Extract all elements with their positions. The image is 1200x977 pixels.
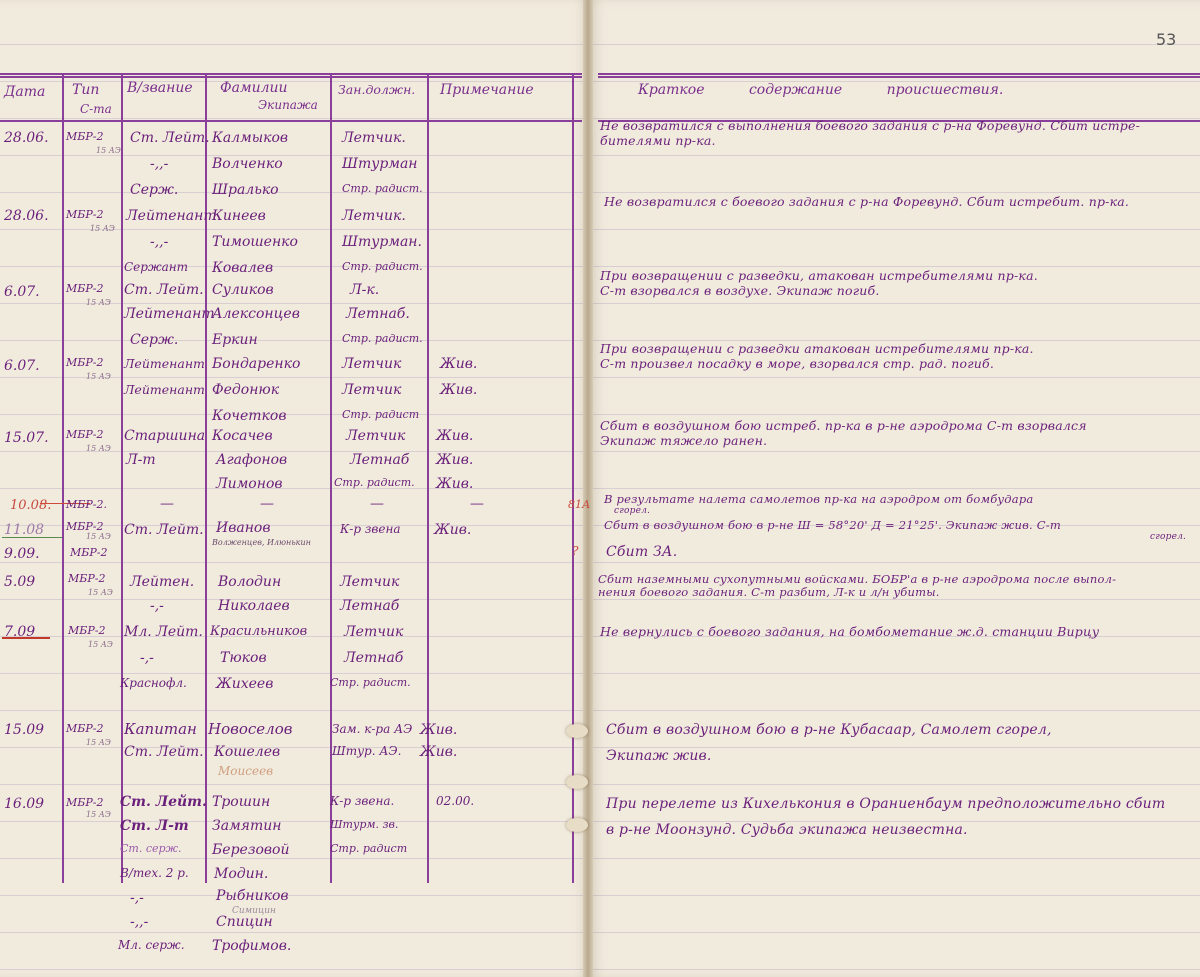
crew-surname: Шралько — [212, 182, 279, 198]
entry-summary-line: Не возвратился с боевого задания с р-на … — [604, 194, 1129, 209]
crew-note: Жив. — [436, 476, 473, 492]
entry-summary-line: В результате налета самолетов пр-ка на а… — [604, 492, 1033, 506]
entry-date: 28.06. — [4, 130, 49, 146]
entry-summary-line: сгорел. — [614, 506, 650, 516]
crew-position: Зам. к-ра АЭ — [332, 722, 412, 736]
entry-type: МБР-2 — [66, 796, 103, 809]
header-top-rule-right — [598, 73, 1200, 78]
paper-tear — [566, 724, 588, 738]
entry-unit: 15 АЭ — [86, 532, 111, 541]
entry-summary-line: Экипаж жив. — [606, 748, 712, 764]
crew-position: Штурман. — [342, 234, 422, 250]
entry-date: 11.08 — [4, 522, 44, 538]
crew-rank: -,- — [130, 890, 144, 906]
crew-rank: Краснофл. — [120, 676, 187, 690]
crew-surname: Николаев — [218, 598, 290, 614]
crew-surname: Лимонов — [216, 476, 283, 492]
crew-position: Летнаб — [340, 598, 399, 614]
entry-summary-line: Сбит в воздушном бою в р-не Ш = 58°20' Д… — [604, 518, 1061, 532]
header-rank: В/звание — [127, 80, 193, 96]
header-type-sub: С-та — [80, 102, 112, 116]
crew-rank: Ст. Лейт. — [120, 794, 207, 810]
crew-position: Летнаб — [350, 452, 409, 468]
entry-summary-line: При возвращении с разведки атакован истр… — [600, 341, 1034, 356]
entry-date: 15.09 — [4, 722, 44, 738]
crew-position: Летнаб. — [346, 306, 410, 322]
entry-type: МБР-2 — [66, 282, 103, 295]
header-position: Зан.должн. — [338, 82, 415, 97]
col-rule — [427, 73, 429, 883]
entry-type: МБР-2. — [66, 498, 107, 511]
crew-surname-note: Волженцев, Илюнькин — [212, 538, 311, 547]
header-surname-sub: Экипажа — [258, 98, 318, 112]
crew-note: Жив. — [440, 356, 477, 372]
entry-unit: 15 АЭ — [90, 224, 115, 233]
crew-rank: Мл. Лейт. — [124, 624, 203, 640]
book-gutter — [583, 0, 593, 977]
entry-type: МБР-2 — [66, 130, 103, 143]
margin-note: 81А — [568, 498, 590, 511]
entry-type: МБР-2 — [70, 546, 107, 559]
crew-position: Штур. АЭ. — [332, 744, 401, 758]
crew-surname: Суликов — [212, 282, 274, 298]
crew-position: Штурм. зв. — [330, 818, 398, 831]
paper-tear — [566, 775, 588, 789]
red-underline — [2, 637, 50, 639]
crew-surname: Володин — [218, 574, 281, 590]
entry-summary-line: Не вернулись с боевого задания, на бомбо… — [600, 624, 1099, 639]
crew-surname: Кочетков — [212, 408, 286, 424]
crew-rank: -,- — [150, 598, 164, 614]
entry-unit: 15 АЭ — [86, 810, 111, 819]
crew-surname: Спицин — [216, 914, 273, 930]
crew-surname: Волченко — [212, 156, 283, 172]
crew-surname: Замятин — [212, 818, 281, 834]
entry-date: 10.08. — [10, 498, 51, 513]
col-rule — [205, 73, 207, 883]
entry-summary-line: При возвращении с разведки, атакован ист… — [600, 268, 1038, 283]
entry-date: 6.07. — [4, 358, 40, 374]
crew-rank: -,,- — [150, 234, 168, 250]
entry-summary-line: Экипаж тяжело ранен. — [600, 433, 767, 448]
crew-position: Летчик — [342, 356, 401, 372]
crew-position: Стр. радист — [330, 842, 407, 855]
crew-note: 02.00. — [436, 794, 474, 808]
entry-summary-line: в р-не Моонзунд. Судьба экипажа неизвест… — [606, 822, 968, 838]
entry-unit: 15 АЭ — [88, 588, 113, 597]
col-rule — [121, 73, 123, 883]
crew-surname: Тимошенко — [212, 234, 298, 250]
crew-surname: Тюков — [220, 650, 267, 666]
entry-summary-line: При перелете из Кихелькония в Ораниенбау… — [606, 796, 1165, 812]
crew-position: Стр. радист. — [342, 182, 423, 195]
crew-position: Летчик. — [342, 208, 406, 224]
crew-rank: Ст. Лейт. — [124, 282, 204, 298]
entry-summary-line: Сбит ЗА. — [606, 544, 677, 560]
crew-rank: Л-т — [126, 452, 156, 468]
entry-date: 6.07. — [4, 284, 40, 300]
entry-summary-line: Не возвратился с выполнения боевого зада… — [600, 118, 1140, 133]
crew-surname: Калмыков — [212, 130, 288, 146]
crew-rank: Ст. Лейт. — [124, 744, 204, 760]
crew-rank: Лейтенант — [124, 306, 215, 322]
paper-tear — [566, 818, 588, 832]
crew-position: Стр. радист. — [334, 476, 415, 489]
margin-note: ? — [572, 544, 578, 558]
crew-position: Летчик — [342, 382, 401, 398]
crew-rank: — — [160, 496, 174, 512]
entry-summary-line: С-т взорвался в воздухе. Экипаж погиб. — [600, 283, 880, 298]
crew-surname: Жихеев — [216, 676, 273, 692]
crew-position: К-р звена. — [330, 794, 394, 808]
entry-summary-line: нения боевого задания. С-т разбит, Л-к и… — [598, 585, 940, 599]
header-bottom-rule — [0, 120, 582, 122]
header-top-rule — [0, 73, 582, 78]
crew-note: Жив. — [420, 722, 457, 738]
entry-summary-line: С-т произвел посадку в море, взорвался с… — [600, 356, 994, 371]
crew-surname: Трофимов. — [212, 938, 291, 954]
crew-rank: -,,- — [150, 156, 168, 172]
col-rule — [572, 73, 574, 883]
crew-position: Стр. радист. — [342, 260, 423, 273]
crew-note: Жив. — [436, 452, 473, 468]
crew-surname: Красильников — [210, 624, 307, 639]
entry-unit: 15 АЭ — [88, 640, 113, 649]
crew-surname: Агафонов — [216, 452, 287, 468]
crew-rank: Ст. Л-т — [120, 818, 189, 834]
crew-surname: Трошин — [212, 794, 270, 810]
crew-position: Штурман — [342, 156, 418, 172]
crew-rank: -,- — [140, 650, 154, 666]
crew-rank: Лейтенант — [126, 208, 217, 224]
entry-unit: 15 АЭ — [86, 738, 111, 747]
crew-surname: Алексонцев — [212, 306, 300, 322]
entry-type: МБР-2 — [66, 208, 103, 221]
entry-type: МБР-2 — [66, 428, 103, 441]
crew-surname: Косачев — [212, 428, 273, 444]
crew-note: — — [470, 496, 484, 512]
entry-unit: 15 АЭ — [86, 298, 111, 307]
crew-position: Стр. радист. — [342, 332, 423, 345]
crew-position: К-р звена — [340, 522, 401, 536]
crew-surname: Рыбников — [216, 888, 289, 904]
entry-type: МБР-2 — [66, 722, 103, 735]
crew-rank: Ст. Лейт. — [130, 130, 210, 146]
entry-unit: 15 АЭ — [96, 146, 121, 155]
entry-date: 15.07. — [4, 430, 49, 446]
crew-note: Жив. — [436, 428, 473, 444]
crew-surname: Ковалев — [212, 260, 273, 276]
entry-summary-line: бителями пр-ка. — [600, 133, 716, 148]
crew-rank: Капитан — [124, 720, 197, 738]
page-number: 53 — [1156, 30, 1176, 49]
crew-note: Жив. — [420, 744, 457, 760]
crew-rank: Серж. — [130, 182, 178, 198]
crew-rank: Серж. — [130, 332, 178, 348]
entry-type: МБР-2 — [68, 624, 105, 637]
green-underline — [2, 537, 62, 538]
entry-summary-line: Сбит в воздушном бою в р-не Кубасаар, Са… — [606, 722, 1052, 738]
crew-position: Летнаб — [344, 650, 403, 666]
entry-unit: 15 АЭ — [86, 444, 111, 453]
crew-surname: — — [260, 496, 274, 512]
entry-date: 28.06. — [4, 208, 49, 224]
entry-type: МБР-2 — [66, 356, 103, 369]
crew-surname: Модин. — [214, 866, 268, 882]
entry-type: МБР-2 — [68, 572, 105, 585]
entry-date: 5.09 — [4, 574, 35, 590]
entry-summary-line: Сбит наземными сухопутными войсками. БОБ… — [598, 572, 1116, 586]
header-note: Примечание — [440, 82, 534, 98]
crew-rank: Старшина — [124, 428, 205, 444]
crew-rank: Лейтенант — [124, 382, 205, 397]
crew-surname-note: Моисеев — [218, 764, 273, 778]
header-date: Дата — [4, 84, 45, 100]
crew-surname: Бондаренко — [212, 356, 300, 372]
crew-position: Летчик — [346, 428, 405, 444]
crew-surname: Еркин — [212, 332, 258, 348]
crew-rank: Ст. Лейт. — [124, 522, 204, 538]
crew-rank: Лейтен. — [130, 574, 194, 590]
crew-surname: Новоселов — [208, 720, 292, 738]
entry-summary-line: Сбит в воздушном бою истреб. пр-ка в р-н… — [600, 418, 1087, 433]
crew-rank: В/тех. 2 р. — [120, 866, 189, 880]
crew-surname: Кошелев — [214, 744, 280, 760]
col-rule — [330, 73, 332, 883]
crew-position: Стр. радист — [342, 408, 419, 421]
header-summary: Краткое содержание происшествия. — [638, 82, 1003, 98]
header-surname: Фамилии — [220, 80, 288, 96]
crew-rank: Лейтенант — [124, 356, 205, 371]
crew-rank: Ст. серж. — [120, 842, 182, 855]
crew-position: Летчик. — [342, 130, 406, 146]
crew-position: Стр. радист. — [330, 676, 411, 689]
entry-date: 9.09. — [4, 546, 40, 562]
entry-date: 16.09 — [4, 796, 44, 812]
col-rule — [62, 73, 64, 883]
crew-position: Летчик — [340, 574, 399, 590]
crew-position: — — [370, 496, 384, 512]
crew-surname: Березовой — [212, 842, 289, 858]
left-page — [0, 0, 588, 977]
crew-position: Летчик — [344, 624, 403, 640]
entry-unit: 15 АЭ — [86, 372, 111, 381]
crew-rank: Сержант — [124, 260, 188, 274]
crew-note: Жив. — [440, 382, 477, 398]
crew-note: Жив. — [434, 522, 471, 538]
crew-rank: Мл. серж. — [118, 938, 185, 952]
entry-summary-line: сгорел. — [1150, 532, 1186, 542]
crew-rank: -,,- — [130, 914, 148, 930]
crew-position: Л-к. — [350, 282, 379, 298]
crew-surname: Иванов — [216, 520, 271, 536]
crew-surname: Федонюк — [212, 382, 279, 398]
crew-surname: Кинеев — [212, 208, 266, 224]
header-type: Тип — [72, 82, 99, 98]
